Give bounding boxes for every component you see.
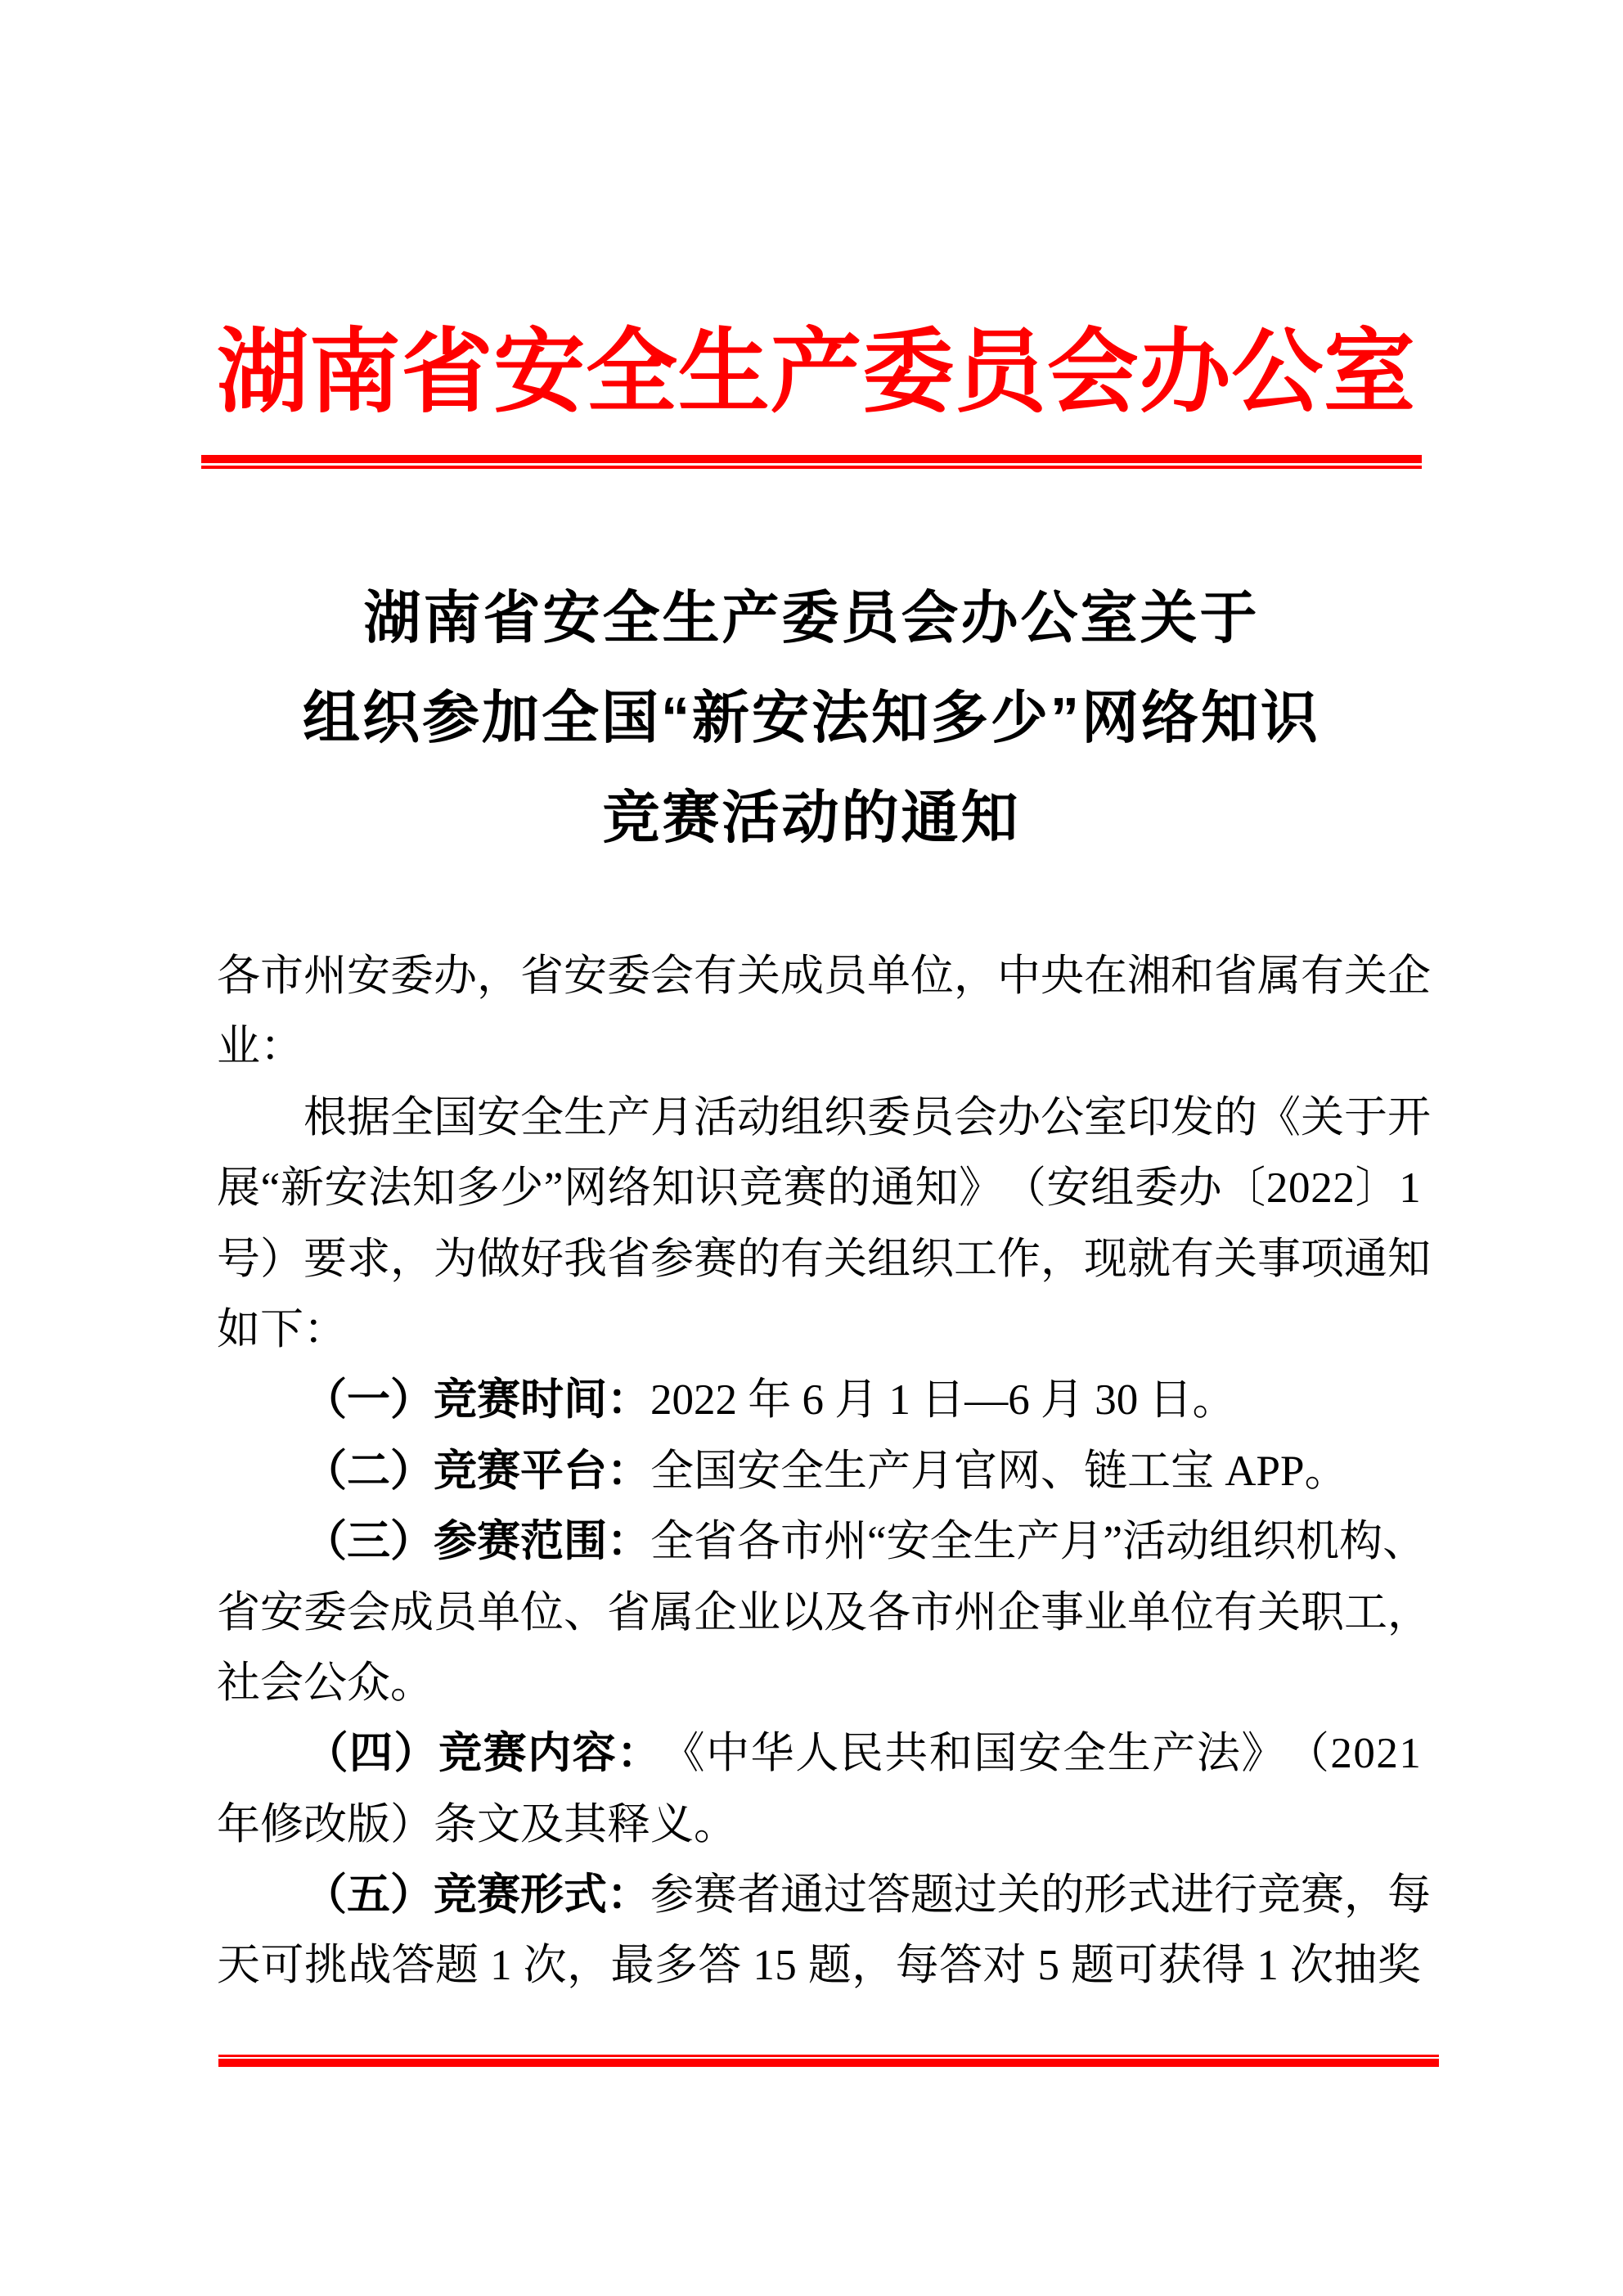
document-body: 各市州安委办，省安委会有关成员单位，中央在湘和省属有关企业：根据全国安全生产月活…: [217, 941, 1421, 2001]
title-line: 组织参加全国“新安法知多少”网络知识: [0, 668, 1623, 768]
issuer-char: 室: [1324, 326, 1415, 419]
body-line: 各市州安委办，省安委会有关成员单位，中央在湘和省属有关企: [217, 941, 1421, 1011]
indent-spacer: [217, 1860, 303, 1930]
indent-spacer: [217, 1083, 303, 1153]
document-page: 湖南省安全生产委员会办公室 湖南省安全生产委员会办公室关于 组织参加全国“新安法…: [0, 0, 1623, 2296]
body-line: 省安委会成员单位、省属企业以及各市州企事业单位有关职工，: [217, 1578, 1421, 1648]
issuer-char: 南: [309, 326, 401, 419]
issuer-char: 全: [586, 326, 677, 419]
body-line: 根据全国安全生产月活动组织委员会办公室印发的《关于开: [217, 1083, 1421, 1153]
issuer-char: 产: [771, 326, 862, 419]
issuer-char: 湖: [217, 326, 308, 419]
issuer-char: 省: [402, 326, 493, 419]
body-line: 社会公众。: [217, 1648, 1421, 1718]
issuer-char: 办: [1140, 326, 1231, 419]
issuer-char: 安: [493, 326, 585, 419]
body-line: （二）竞赛平台：全国安全生产月官网、链工宝 APP。: [217, 1436, 1421, 1506]
bold-label: （一）竞赛时间：: [303, 1375, 650, 1424]
issuer-char: 员: [955, 326, 1046, 419]
body-line: 年修改版）条文及其释义。: [217, 1790, 1421, 1860]
body-line: （一）竞赛时间：2022 年 6 月 1 日—6 月 30 日。: [217, 1365, 1421, 1435]
issuer-char: 委: [862, 326, 954, 419]
issuer-char: 生: [678, 326, 770, 419]
body-line: 如下：: [217, 1294, 1421, 1365]
bold-label: （二）竞赛平台：: [303, 1447, 650, 1495]
red-header-issuer: 湖南省安全生产委员会办公室: [217, 326, 1415, 419]
bottom-separator-thin-line: [218, 2055, 1439, 2057]
top-separator-thin-line: [201, 466, 1422, 469]
body-line: 业：: [217, 1011, 1421, 1082]
doc-title: 湖南省安全生产委员会办公室关于 组织参加全国“新安法知多少”网络知识 竞赛活动的…: [0, 568, 1623, 867]
issuer-char: 公: [1231, 326, 1323, 419]
indent-spacer: [217, 1718, 303, 1789]
title-line: 湖南省安全生产委员会办公室关于: [0, 568, 1623, 668]
body-line: 天可挑战答题 1 次，最多答 15 题，每答对 5 题可获得 1 次抽奖: [217, 1930, 1421, 2001]
body-line: 号）要求，为做好我省参赛的有关组织工作，现就有关事项通知: [217, 1224, 1421, 1294]
body-line: （三）参赛范围：全省各市州“安全生产月”活动组织机构、: [217, 1506, 1421, 1577]
body-line: （五）竞赛形式：参赛者通过答题过关的形式进行竞赛，每: [217, 1860, 1421, 1930]
top-separator-thick-line: [201, 455, 1422, 463]
indent-spacer: [217, 1506, 303, 1577]
body-line: 展“新安法知多少”网络知识竞赛的通知》（安组委办〔2022〕1: [217, 1153, 1421, 1223]
bottom-separator-thick-line: [218, 2059, 1439, 2067]
issuer-char: 会: [1047, 326, 1139, 419]
body-line: （四）竞赛内容：《中华人民共和国安全生产法》（2021: [217, 1718, 1421, 1789]
title-line: 竞赛活动的通知: [0, 768, 1623, 867]
